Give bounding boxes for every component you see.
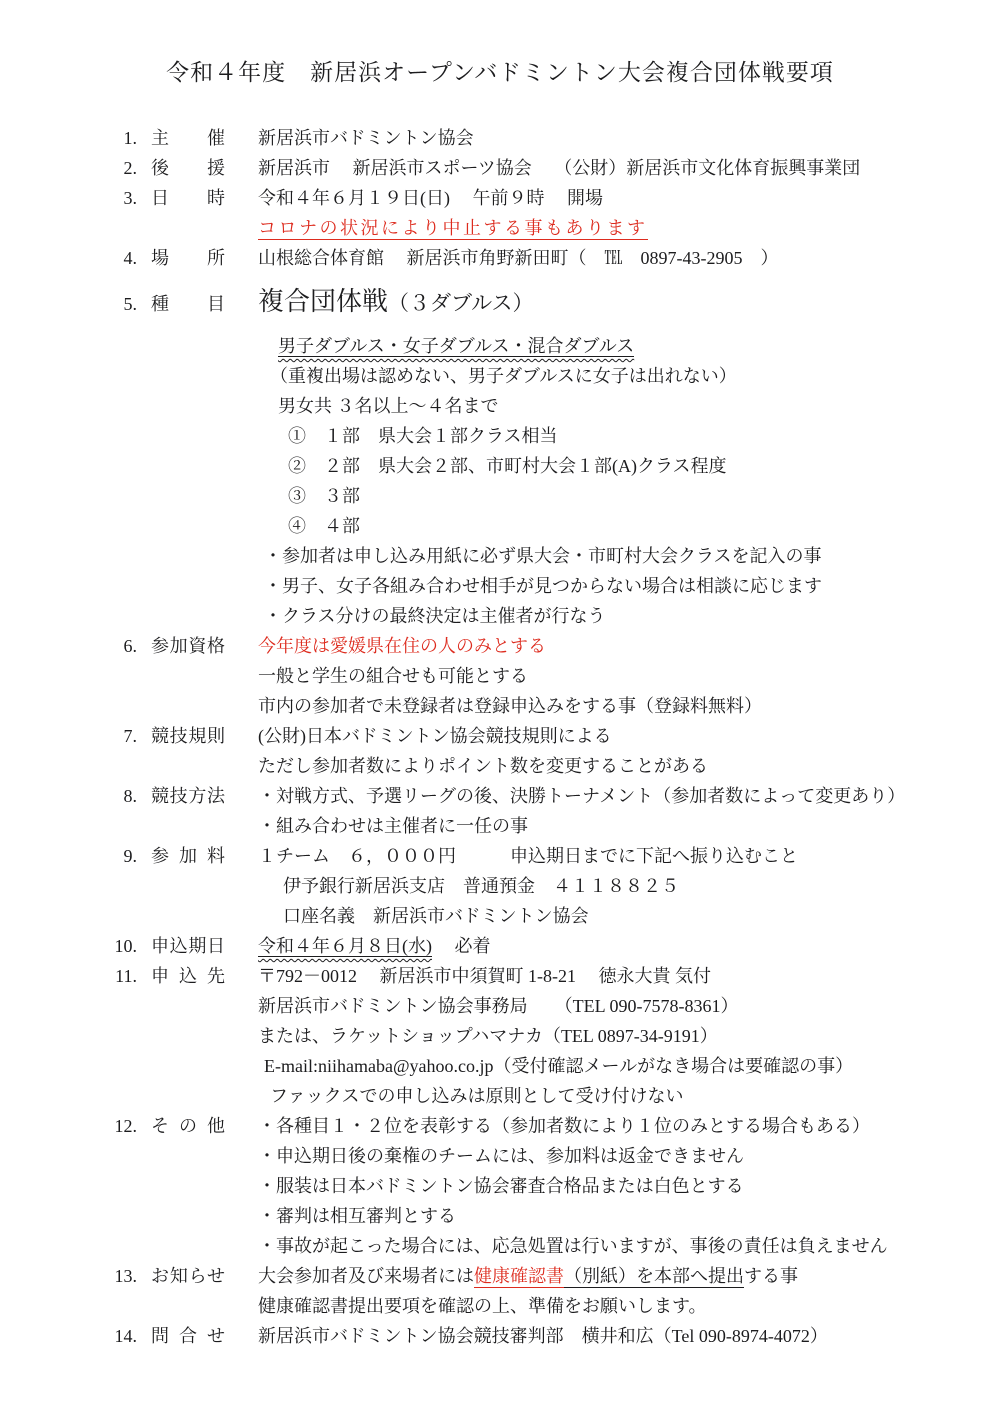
item-number: 9.: [97, 841, 137, 871]
item-label: 日時: [151, 183, 225, 213]
item-content: ① １部 県大会１部クラス相当: [288, 421, 557, 451]
text-segment: ただし参加者数によりポイント数を変更することがある: [258, 756, 708, 776]
text-segment: 新居浜市 新居浜市スポーツ協会 （公財）新居浜市文化体育振興事業団: [258, 158, 860, 178]
text-segment: ・参加者は申し込み用紙に必ず県大会・市町村大会クラスを記入の事: [264, 546, 821, 566]
item-content: ③ ３部: [288, 481, 360, 511]
document-page: 令和４年度 新居浜オープンバドミントン大会複合団体戦要項 1.主催新居浜市バドミ…: [0, 0, 1000, 1351]
item-content: コロナの状況により中止する事もあります: [258, 213, 648, 243]
text-segment: 男女共 ３名以上～４名まで: [278, 396, 499, 416]
text-segment: 男子ダブルス・女子ダブルス・混合ダブルス: [278, 336, 634, 357]
text-segment: ・服装は日本バドミントン協会審査合格品または白色とする: [258, 1176, 744, 1196]
doc-line: 14.問合せ新居浜市バドミントン協会競技審判部 横井和広（Tel 090-897…: [97, 1321, 1000, 1351]
text-segment: 一般と学生の組合せも可能とする: [258, 666, 528, 686]
doc-line: 5.種目複合団体戦（３ダブルス）: [97, 281, 1000, 325]
text-segment: E-mail:niihamaba@yahoo.co.jp（受付確認メールがなき場…: [264, 1056, 853, 1076]
text-segment: 必着: [432, 936, 491, 956]
item-content: ファックスでの申し込みは原則として受け付けない: [270, 1081, 683, 1111]
doc-line: 新居浜市バドミントン協会事務局 （TEL 090-7578-8361）: [97, 991, 1000, 1021]
item-content: 山根総合体育館 新居浜市角野新田町（ ℡ 0897-43-2905 ）: [258, 243, 779, 273]
item-label: 問合せ: [151, 1321, 225, 1351]
item-content: ・各種目１・２位を表彰する（参加者数により１位のみとする場合もある）: [258, 1111, 870, 1141]
text-segment: 新居浜市バドミントン協会事務局 （TEL 090-7578-8361）: [258, 996, 738, 1016]
text-segment: ・各種目１・２位を表彰する（参加者数により１位のみとする場合もある）: [258, 1116, 870, 1136]
document-title: 令和４年度 新居浜オープンバドミントン大会複合団体戦要項: [0, 54, 1000, 87]
text-segment: 新居浜市バドミントン協会競技審判部 横井和広（Tel 090-8974-4072…: [258, 1326, 828, 1346]
doc-line: ・クラス分けの最終決定は主催者が行なう: [97, 601, 1000, 631]
item-content: 大会参加者及び来場者には健康確認書（別紙）を本部へ提出する事: [258, 1261, 798, 1291]
item-content: ・クラス分けの最終決定は主催者が行なう: [264, 601, 605, 631]
doc-line: E-mail:niihamaba@yahoo.co.jp（受付確認メールがなき場…: [97, 1051, 1000, 1081]
text-segment: 山根総合体育館 新居浜市角野新田町（ ℡ 0897-43-2905 ）: [258, 248, 779, 268]
doc-line: 一般と学生の組合せも可能とする: [97, 661, 1000, 691]
item-label: 参加料: [151, 841, 225, 871]
item-label: 後援: [151, 153, 225, 183]
doc-line: または、ラケットショップハマナカ（TEL 0897-34-9191）: [97, 1021, 1000, 1051]
text-segment: ・組み合わせは主催者に一任の事: [258, 816, 528, 836]
doc-line: コロナの状況により中止する事もあります: [97, 213, 1000, 243]
doc-line: ・申込期日後の棄権のチームには、参加料は返金できません: [97, 1141, 1000, 1171]
item-content: または、ラケットショップハマナカ（TEL 0897-34-9191）: [258, 1021, 718, 1051]
text-segment: ・対戦方式、予選リーグの後、決勝トーナメント（参加者数によって変更あり）: [258, 786, 905, 806]
text-segment: １チーム ６，０００円 申込期日までに下記へ振り込むこと: [258, 846, 798, 866]
text-segment: ・男子、女子各組み合わせ相手が見つからない場合は相談に応じます: [264, 576, 822, 596]
doc-line: 4.場所山根総合体育館 新居浜市角野新田町（ ℡ 0897-43-2905 ）: [97, 243, 1000, 273]
text-segment: ③ ３部: [288, 486, 360, 506]
doc-line: 市内の参加者で未登録者は登録申込みをする事（登録料無料）: [97, 691, 1000, 721]
item-content: １チーム ６，０００円 申込期日までに下記へ振り込むこと: [258, 841, 798, 871]
item-content: ④ ４部: [288, 511, 360, 541]
item-number: 14.: [97, 1321, 137, 1351]
doc-line: 口座名義 新居浜市バドミントン協会: [97, 901, 1000, 931]
doc-line: 伊予銀行新居浜支店 普通預金 ４１１８８２５: [97, 871, 1000, 901]
item-content: 新居浜市バドミントン協会事務局 （TEL 090-7578-8361）: [258, 991, 738, 1021]
text-segment: ・クラス分けの最終決定は主催者が行なう: [264, 606, 605, 626]
text-segment: ・申込期日後の棄権のチームには、参加料は返金できません: [258, 1146, 744, 1166]
item-content: ・申込期日後の棄権のチームには、参加料は返金できません: [258, 1141, 744, 1171]
item-number: 5.: [97, 283, 137, 325]
text-segment: 令和４年６月８日(水): [258, 936, 432, 957]
text-segment: ② ２部 県大会２部、市町村大会１部(A)クラス程度: [288, 456, 726, 476]
doc-line: 3.日時令和４年６月１９日(日) 午前９時 開場: [97, 183, 1000, 213]
item-content: ・参加者は申し込み用紙に必ず県大会・市町村大会クラスを記入の事: [264, 541, 821, 571]
item-number: 11.: [97, 961, 137, 991]
item-number: 12.: [97, 1111, 137, 1141]
doc-line: 1.主催新居浜市バドミントン協会: [97, 123, 1000, 153]
doc-line: 11.申込先〒792－0012 新居浜市中須賀町 1-8-21 徳永大貴 気付: [97, 961, 1000, 991]
item-content: ② ２部 県大会２部、市町村大会１部(A)クラス程度: [288, 451, 726, 481]
item-content: 新居浜市 新居浜市スポーツ協会 （公財）新居浜市文化体育振興事業団: [258, 153, 860, 183]
text-segment: 伊予銀行新居浜支店 普通預金 ４１１８８２５: [283, 876, 679, 896]
doc-line: 8.競技方法・対戦方式、予選リーグの後、決勝トーナメント（参加者数によって変更あ…: [97, 781, 1000, 811]
item-label: その他: [151, 1111, 225, 1141]
item-number: 7.: [97, 721, 137, 751]
item-content: (公財)日本バドミントン協会競技規則による: [258, 721, 612, 751]
doc-line: ・事故が起こった場合には、応急処置は行いますが、事後の責任は負えません: [97, 1231, 1000, 1261]
doc-line: （重複出場は認めない、男子ダブルスに女子は出れない）: [97, 361, 1000, 391]
item-content: 新居浜市バドミントン協会: [258, 123, 474, 153]
text-segment: (公財)日本バドミントン協会競技規則による: [258, 726, 612, 746]
item-content: 口座名義 新居浜市バドミントン協会: [283, 901, 589, 931]
item-label: 場所: [151, 243, 225, 273]
item-label: 競技規則: [151, 721, 225, 751]
doc-line: 健康確認書提出要項を確認の上、準備をお願いします。: [97, 1291, 1000, 1321]
item-content: 令和４年６月８日(水) 必着: [258, 931, 491, 961]
item-content: 今年度は愛媛県在住の人のみとする: [258, 631, 546, 661]
item-content: E-mail:niihamaba@yahoo.co.jp（受付確認メールがなき場…: [264, 1051, 853, 1081]
item-content: ・組み合わせは主催者に一任の事: [258, 811, 528, 841]
item-label: 主催: [151, 123, 225, 153]
item-content: ただし参加者数によりポイント数を変更することがある: [258, 751, 708, 781]
item-number: 6.: [97, 631, 137, 661]
text-segment: ファックスでの申し込みは原則として受け付けない: [270, 1086, 683, 1106]
item-number: 10.: [97, 931, 137, 961]
text-segment: ① １部 県大会１部クラス相当: [288, 426, 557, 446]
item-content: 男子ダブルス・女子ダブルス・混合ダブルス: [278, 331, 634, 361]
item-label: 種目: [151, 283, 225, 325]
text-segment: （別紙）を本部へ提出: [564, 1266, 744, 1288]
item-content: 男女共 ３名以上～４名まで: [278, 391, 499, 421]
item-content: 健康確認書提出要項を確認の上、準備をお願いします。: [258, 1291, 707, 1321]
doc-line: 6.参加資格今年度は愛媛県在住の人のみとする: [97, 631, 1000, 661]
text-segment: ・審判は相互審判とする: [258, 1206, 456, 1226]
text-segment: 健康確認書提出要項を確認の上、準備をお願いします。: [258, 1296, 707, 1316]
item-content: 市内の参加者で未登録者は登録申込みをする事（登録料無料）: [258, 691, 762, 721]
item-number: 4.: [97, 243, 137, 273]
doc-line: ・参加者は申し込み用紙に必ず県大会・市町村大会クラスを記入の事: [97, 541, 1000, 571]
doc-line: 男女共 ３名以上～４名まで: [97, 391, 1000, 421]
item-content: ・対戦方式、予選リーグの後、決勝トーナメント（参加者数によって変更あり）: [258, 781, 905, 811]
text-segment: 大会参加者及び来場者には: [258, 1266, 474, 1286]
item-label: 参加資格: [151, 631, 225, 661]
item-number: 3.: [97, 183, 137, 213]
doc-line: ファックスでの申し込みは原則として受け付けない: [97, 1081, 1000, 1111]
item-content: 〒792－0012 新居浜市中須賀町 1-8-21 徳永大貴 気付: [258, 961, 711, 991]
text-segment: 口座名義 新居浜市バドミントン協会: [283, 906, 589, 926]
doc-line: ・男子、女子各組み合わせ相手が見つからない場合は相談に応じます: [97, 571, 1000, 601]
text-segment: （重複出場は認めない、男子ダブルスに女子は出れない）: [270, 366, 737, 386]
item-content: 新居浜市バドミントン協会競技審判部 横井和広（Tel 090-8974-4072…: [258, 1321, 828, 1351]
doc-line: ただし参加者数によりポイント数を変更することがある: [97, 751, 1000, 781]
text-segment: コロナの状況により中止する事もあります: [258, 218, 648, 240]
item-content: 一般と学生の組合せも可能とする: [258, 661, 528, 691]
item-label: 競技方法: [151, 781, 225, 811]
item-number: 8.: [97, 781, 137, 811]
text-segment: または、ラケットショップハマナカ（TEL 0897-34-9191）: [258, 1026, 718, 1046]
text-segment: ・事故が起こった場合には、応急処置は行いますが、事後の責任は負えません: [258, 1236, 888, 1256]
doc-line: 10.申込期日令和４年６月８日(水) 必着: [97, 931, 1000, 961]
item-label: 申込先: [151, 961, 225, 991]
doc-line: ・組み合わせは主催者に一任の事: [97, 811, 1000, 841]
item-label: お知らせ: [151, 1261, 225, 1291]
doc-line: ④ ４部: [97, 511, 1000, 541]
doc-line: 7.競技規則(公財)日本バドミントン協会競技規則による: [97, 721, 1000, 751]
text-segment: 令和４年６月１９日(日) 午前９時 開場: [258, 188, 603, 208]
item-content: ・事故が起こった場合には、応急処置は行いますが、事後の責任は負えません: [258, 1231, 888, 1261]
doc-line: 9.参加料１チーム ６，０００円 申込期日までに下記へ振り込むこと: [97, 841, 1000, 871]
text-segment: 市内の参加者で未登録者は登録申込みをする事（登録料無料）: [258, 696, 762, 716]
item-content: 伊予銀行新居浜支店 普通預金 ４１１８８２５: [283, 871, 679, 901]
item-number: 2.: [97, 153, 137, 183]
item-number: 1.: [97, 123, 137, 153]
text-segment: ④ ４部: [288, 516, 360, 536]
text-segment: 〒792－0012 新居浜市中須賀町 1-8-21 徳永大貴 気付: [258, 966, 711, 986]
doc-line: 男子ダブルス・女子ダブルス・混合ダブルス: [97, 331, 1000, 361]
item-content: 令和４年６月１９日(日) 午前９時 開場: [258, 183, 603, 213]
text-segment: 健康確認書: [474, 1266, 564, 1288]
doc-line: ・服装は日本バドミントン協会審査合格品または白色とする: [97, 1171, 1000, 1201]
item-content: ・男子、女子各組み合わせ相手が見つからない場合は相談に応じます: [264, 571, 822, 601]
doc-line: 13.お知らせ大会参加者及び来場者には健康確認書（別紙）を本部へ提出する事: [97, 1261, 1000, 1291]
document-body: 1.主催新居浜市バドミントン協会2.後援新居浜市 新居浜市スポーツ協会 （公財）…: [0, 123, 1000, 1351]
text-segment: する事: [744, 1266, 798, 1286]
text-segment: （３ダブルス）: [388, 291, 534, 315]
doc-line: 2.後援新居浜市 新居浜市スポーツ協会 （公財）新居浜市文化体育振興事業団: [97, 153, 1000, 183]
text-segment: 複合団体戦: [258, 287, 388, 316]
doc-line: ③ ３部: [97, 481, 1000, 511]
doc-line: ・審判は相互審判とする: [97, 1201, 1000, 1231]
text-segment: 今年度は愛媛県在住の人のみとする: [258, 636, 546, 656]
item-content: 複合団体戦（３ダブルス）: [258, 281, 534, 325]
item-content: ・服装は日本バドミントン協会審査合格品または白色とする: [258, 1171, 744, 1201]
text-segment: 新居浜市バドミントン協会: [258, 128, 474, 148]
item-number: 13.: [97, 1261, 137, 1291]
item-label: 申込期日: [151, 931, 225, 961]
item-content: ・審判は相互審判とする: [258, 1201, 456, 1231]
doc-line: 12.その他・各種目１・２位を表彰する（参加者数により１位のみとする場合もある）: [97, 1111, 1000, 1141]
item-content: （重複出場は認めない、男子ダブルスに女子は出れない）: [270, 361, 737, 391]
doc-line: ① １部 県大会１部クラス相当: [97, 421, 1000, 451]
doc-line: ② ２部 県大会２部、市町村大会１部(A)クラス程度: [97, 451, 1000, 481]
